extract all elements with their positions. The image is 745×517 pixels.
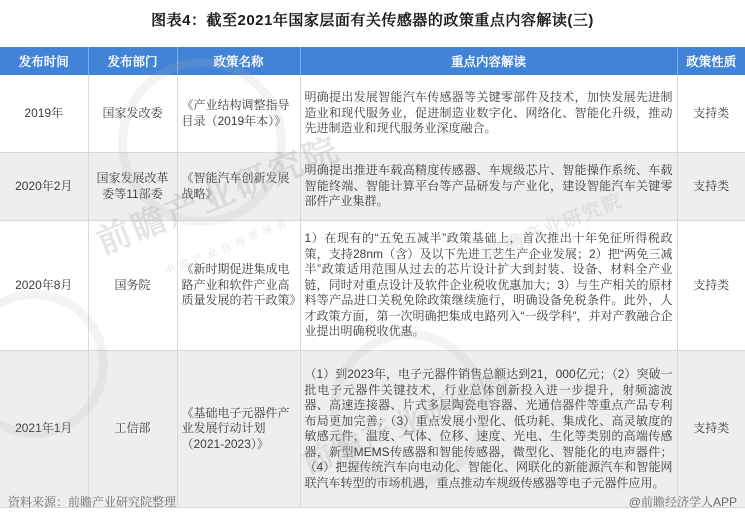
cell-key-content: 明确提出推进车载高精度传感器、车规级芯片、智能操作系统、车载智能终端、智能计算平…: [300, 153, 677, 221]
cell-policy-name: 《新时期促进集成电路产业和软件产业高质量发展的若干政策》: [177, 221, 300, 351]
col-header-publish-dept: 发布部门: [88, 47, 177, 75]
source-note: 资料来源：前瞻产业研究院整理: [8, 493, 176, 510]
figure-footer: 资料来源：前瞻产业研究院整理 @前瞻经济学人APP: [8, 493, 737, 510]
cell-dept: 国家发展改革委等11部委: [88, 153, 177, 221]
col-header-publish-time: 发布时间: [0, 47, 88, 75]
cell-policy-nature: 支持类: [677, 221, 745, 351]
col-header-key-content: 重点内容解读: [300, 47, 677, 75]
cell-policy-nature: 支持类: [677, 351, 745, 508]
cell-dept: 国家发改委: [88, 75, 177, 153]
cell-policy-name: 《产业结构调整指导目录（2019年本）》: [177, 75, 300, 153]
credit-note: @前瞻经济学人APP: [629, 493, 737, 510]
cell-time: 2019年: [0, 75, 88, 153]
table-row-2019: 2019年 国家发改委 《产业结构调整指导目录（2019年本）》 明确提出发展智…: [0, 75, 745, 153]
table-row-2020-02: 2020年2月 国家发展改革委等11部委 《智能汽车创新发展战略》 明确提出推进…: [0, 153, 745, 221]
cell-time: 2020年2月: [0, 153, 88, 221]
cell-policy-name: 《智能汽车创新发展战略》: [177, 153, 300, 221]
col-header-policy-name: 政策名称: [177, 47, 300, 75]
cell-key-content: 1）在现有的“五免五减半”政策基础上，首次推出十年免征所得税政策，支持28nm（…: [300, 221, 677, 351]
cell-policy-nature: 支持类: [677, 75, 745, 153]
table-row-2020-08: 2020年8月 国务院 《新时期促进集成电路产业和软件产业高质量发展的若干政策》…: [0, 221, 745, 351]
cell-key-content: 明确提出发展智能汽车传感器等关键零部件及技术，加快发展先进制造业和现代服务业，促…: [300, 75, 677, 153]
table-row-2021-01: 2021年1月 工信部 《基础电子元器件产业发展行动计划（2021-2023）》…: [0, 351, 745, 508]
col-header-policy-nature: 政策性质: [677, 47, 745, 75]
table-header-row: 发布时间 发布部门 政策名称 重点内容解读 政策性质: [0, 47, 745, 75]
cell-time: 2021年1月: [0, 351, 88, 508]
cell-policy-name: 《基础电子元器件产业发展行动计划（2021-2023）》: [177, 351, 300, 508]
cell-policy-nature: 支持类: [677, 153, 745, 221]
cell-dept: 工信部: [88, 351, 177, 508]
cell-key-content: （1）到2023年，电子元器件销售总额达到21，000亿元；（2）突破一批电子元…: [300, 351, 677, 508]
figure-page: 图表4：截至2021年国家层面有关传感器的政策重点内容解读(三) 发布时间 发布…: [0, 0, 745, 517]
cell-time: 2020年8月: [0, 221, 88, 351]
figure-title: 图表4：截至2021年国家层面有关传感器的政策重点内容解读(三): [0, 9, 745, 30]
policy-table: 发布时间 发布部门 政策名称 重点内容解读 政策性质 2019年 国家发改委 《…: [0, 47, 745, 508]
cell-dept: 国务院: [88, 221, 177, 351]
